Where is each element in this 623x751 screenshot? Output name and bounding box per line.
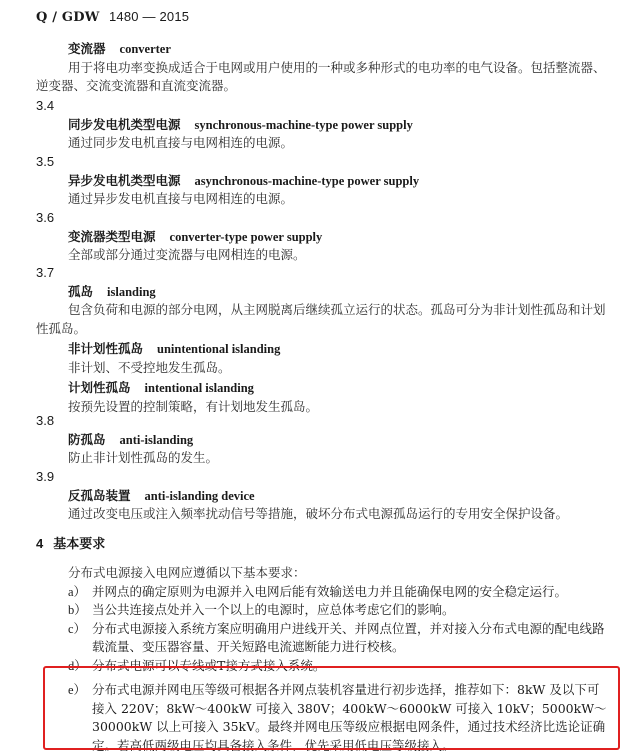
term-3-4: 3.4 同步发电机类型电源synchronous-machine-type po… xyxy=(36,97,609,153)
standard-number: 1480 — 2015 xyxy=(109,9,189,24)
subterm-en: intentional islanding xyxy=(145,381,254,395)
term-definition: 用于将电功率变换成适合于电网或用户使用的一种或多种形式的电功率的电气设备。包括整… xyxy=(36,59,609,96)
document-header: Q / GDW 1480 — 2015 xyxy=(36,9,189,25)
standard-code: Q / GDW xyxy=(36,10,100,25)
chapter-intro: 分布式电源接入电网应遵循以下基本要求： xyxy=(36,564,609,583)
section-number: 3.8 xyxy=(36,412,609,431)
term-zh: 异步发电机类型电源 xyxy=(68,173,181,188)
term-zh: 变流器类型电源 xyxy=(68,229,156,244)
term-definition: 通过异步发电机直接与电网相连的电源。 xyxy=(36,190,609,209)
term-en: asynchronous-machine-type power supply xyxy=(195,174,420,188)
term-definition: 包含负荷和电源的部分电网，从主网脱离后继续孤立运行的状态。孤岛可分为非计划性孤岛… xyxy=(36,301,609,338)
term-3-9: 3.9 反孤岛装置anti-islanding device 通过改变电压或注入… xyxy=(36,468,609,524)
subterm-zh: 非计划性孤岛 xyxy=(68,341,143,356)
term-zh: 孤岛 xyxy=(68,284,93,299)
term-definition: 通过同步发电机直接与电网相连的电源。 xyxy=(36,134,609,153)
item-label: c） xyxy=(68,620,86,639)
requirement-item-c: c） 分布式电源接入系统方案应明确用户进线开关、并网点位置，并对接入分布式电源的… xyxy=(36,620,609,657)
section-number: 3.9 xyxy=(36,468,609,487)
term-en: islanding xyxy=(107,285,156,299)
section-number: 3.6 xyxy=(36,209,609,228)
item-label: b） xyxy=(68,601,87,620)
highlight-box xyxy=(43,666,620,750)
term-zh: 变流器 xyxy=(68,41,106,56)
term-3-6: 3.6 变流器类型电源converter-type power supply 全… xyxy=(36,209,609,265)
section-number: 3.5 xyxy=(36,153,609,172)
item-text: 当公共连接点处并入一个以上的电源时，应总体考虑它们的影响。 xyxy=(68,601,609,620)
term-en: synchronous-machine-type power supply xyxy=(195,118,413,132)
term-zh: 同步发电机类型电源 xyxy=(68,117,181,132)
chapter-title: 基本要求 xyxy=(53,537,105,552)
chapter-4-heading: 4基本要求 xyxy=(36,535,609,555)
term-en: converter-type power supply xyxy=(170,230,323,244)
chapter-number: 4 xyxy=(36,536,43,551)
term-3-8: 3.8 防孤岛anti-islanding 防止非计划性孤岛的发生。 xyxy=(36,412,609,468)
term-zh: 反孤岛装置 xyxy=(68,488,131,503)
requirement-item-b: b） 当公共连接点处并入一个以上的电源时，应总体考虑它们的影响。 xyxy=(36,601,609,620)
term-3-7: 3.7 孤岛islanding 包含负荷和电源的部分电网，从主网脱离后继续孤立运… xyxy=(36,264,609,416)
item-label: a） xyxy=(68,583,86,602)
term-converter: 变流器converter 用于将电功率变换成适合于电网或用户使用的一种或多种形式… xyxy=(36,40,609,96)
subterm-en: unintentional islanding xyxy=(157,342,280,356)
section-number: 3.4 xyxy=(36,97,609,116)
item-text: 并网点的确定原则为电源并入电网后能有效输送电力并且能确保电网的安全稳定运行。 xyxy=(68,583,609,602)
term-definition: 全部或部分通过变流器与电网相连的电源。 xyxy=(36,246,609,265)
term-3-5: 3.5 异步发电机类型电源asynchronous-machine-type p… xyxy=(36,153,609,209)
requirement-item-a: a） 并网点的确定原则为电源并入电网后能有效输送电力并且能确保电网的安全稳定运行… xyxy=(36,583,609,602)
term-definition: 通过改变电压或注入频率扰动信号等措施，破坏分布式电源孤岛运行的专用安全保护设备。 xyxy=(36,505,609,524)
term-definition: 防止非计划性孤岛的发生。 xyxy=(36,449,609,468)
subterm-definition: 非计划、不受控地发生孤岛。 xyxy=(36,359,609,378)
term-en: anti-islanding device xyxy=(145,489,255,503)
subterm-zh: 计划性孤岛 xyxy=(68,380,131,395)
term-zh: 防孤岛 xyxy=(68,432,106,447)
section-number: 3.7 xyxy=(36,264,609,283)
item-text: 分布式电源接入系统方案应明确用户进线开关、并网点位置，并对接入分布式电源的配电线… xyxy=(68,620,609,657)
term-en: converter xyxy=(120,42,171,56)
term-en: anti-islanding xyxy=(120,433,194,447)
